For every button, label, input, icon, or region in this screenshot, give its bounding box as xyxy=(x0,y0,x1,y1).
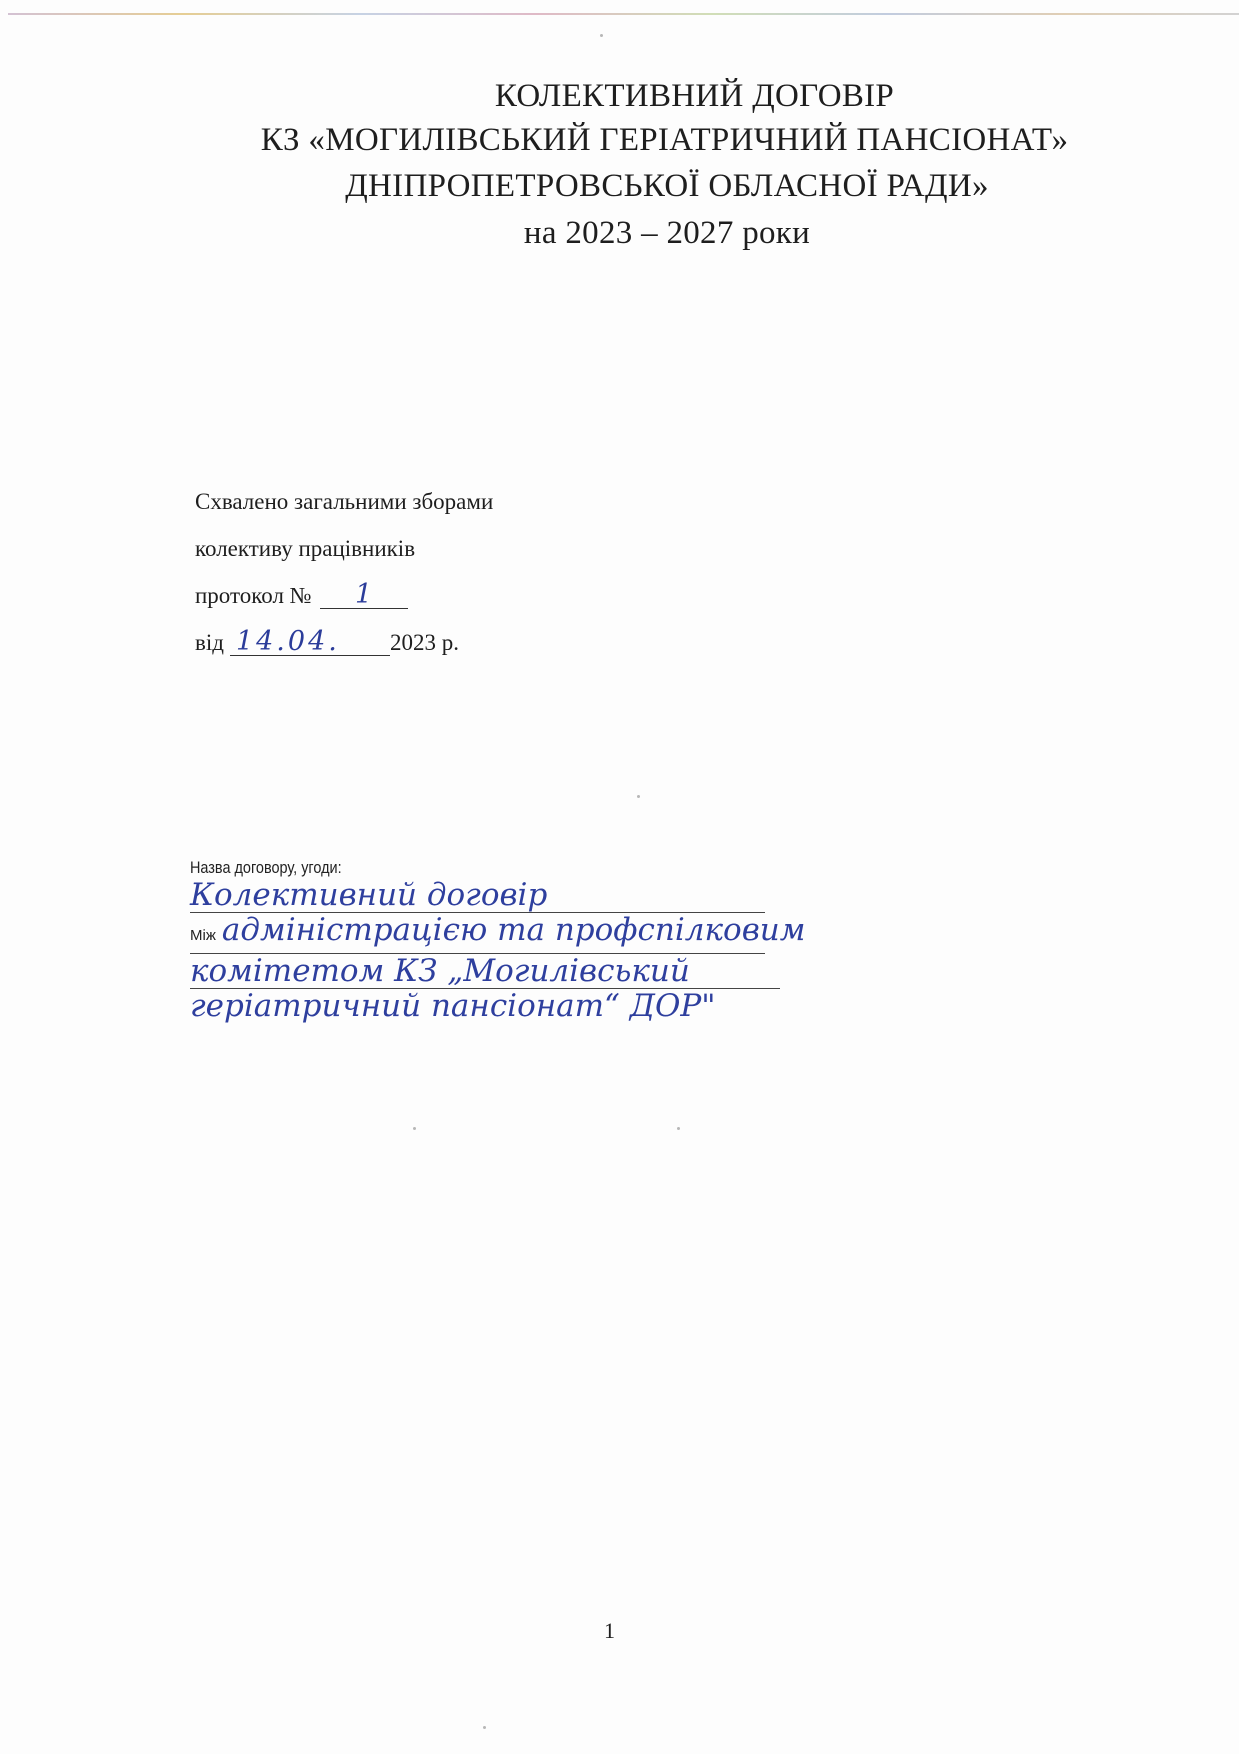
date-suffix: 2023 р. xyxy=(390,630,459,655)
contract-parties-line-2: комітетом КЗ „Могилівський xyxy=(190,954,780,989)
scan-speck xyxy=(637,795,640,798)
organization-name: КЗ «МОГИЛІВСЬКИЙ ГЕРІАТРИЧНИЙ ПАНСІОНАТ» xyxy=(0,122,1239,159)
parties-text-1: адміністрацією та профспілковим xyxy=(222,912,806,948)
scan-speck xyxy=(483,1726,486,1729)
organization-region: ДНІПРОПЕТРОВСЬКОЇ ОБЛАСНОЇ РАДИ» xyxy=(0,168,1239,205)
protocol-number-field: 1 xyxy=(320,582,408,609)
scan-speck xyxy=(413,1127,416,1130)
contract-name-field: Колективний договір xyxy=(190,878,765,913)
protocol-label: протокол № xyxy=(195,583,312,608)
protocol-row: протокол №1 xyxy=(195,572,493,619)
scan-speck xyxy=(600,34,603,37)
contract-name-label: Назва договору, угоди: xyxy=(190,858,692,878)
scan-edge-line xyxy=(8,13,1239,15)
approval-block: Схвалено загальними зборами колективу пр… xyxy=(195,478,493,666)
contract-parties-line-3: геріатричний пансіонат“ ДОР" xyxy=(190,989,780,1023)
between-label: Між xyxy=(190,927,216,944)
contract-parties-line-1: Міжадміністрацією та профспілковим xyxy=(190,913,765,954)
validity-period: на 2023 – 2027 роки xyxy=(0,215,1239,252)
approval-line-1: Схвалено загальними зборами xyxy=(195,478,493,525)
contract-name-block: Назва договору, угоди: Колективний догов… xyxy=(190,858,780,1023)
scan-speck xyxy=(677,1127,680,1130)
page-number: 1 xyxy=(604,1618,615,1644)
date-field: 14.04. xyxy=(230,629,390,656)
document-title: КОЛЕКТИВНИЙ ДОГОВІР xyxy=(0,78,1239,115)
approval-line-2: колективу працівників xyxy=(195,525,493,572)
date-prefix: від xyxy=(195,630,224,655)
date-row: від14.04.2023 р. xyxy=(195,619,493,666)
